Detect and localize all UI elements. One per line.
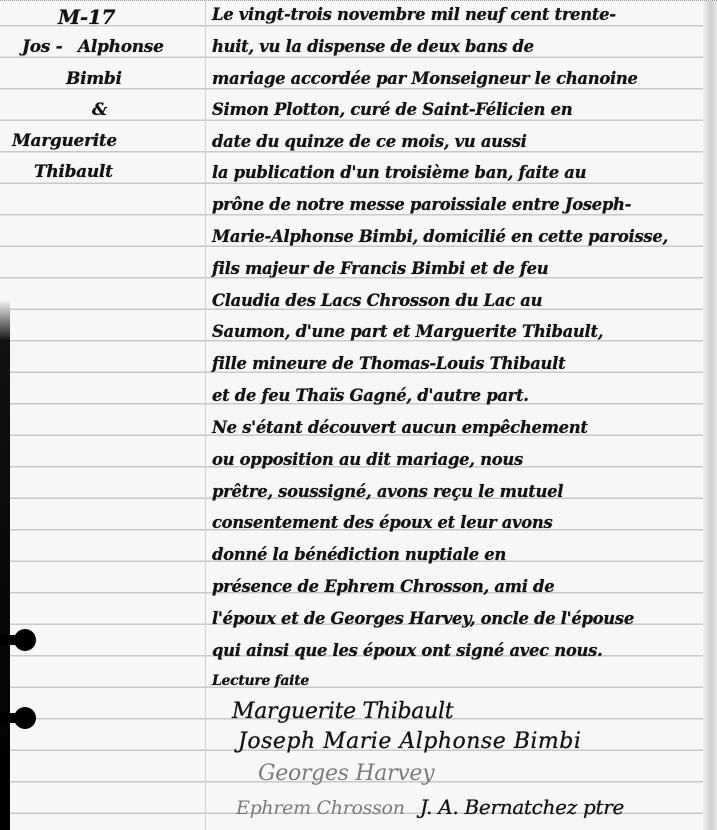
body-line: Le vingt-trois novembre mil neuf cent tr… [212, 5, 616, 24]
margin-prefix: Jos - [22, 37, 62, 57]
body-line: date du quinze de ce mois, vu aussi [212, 132, 527, 151]
body-line: donné la bénédiction nuptiale en [212, 545, 506, 564]
body-line: Saumon, d'une part et Marguerite Thibaul… [212, 322, 603, 341]
binding-strip [0, 301, 10, 830]
binder-ring-icon [0, 707, 36, 729]
record-number: M-17 [58, 5, 115, 29]
body-line: et de feu Thaïs Gagné, d'autre part. [212, 386, 529, 405]
body-line: l'époux et de Georges Harvey, oncle de l… [212, 609, 634, 628]
conjunction: & [92, 100, 107, 120]
binder-ring-icon [0, 629, 36, 651]
body-line: fils majeur de Francis Bimbi et de feu [212, 259, 548, 278]
body-line: Claudia des Lacs Chrosson du Lac au [212, 291, 542, 310]
body-line: fille mineure de Thomas-Louis Thibault [212, 354, 565, 373]
body-line: consentement des époux et leur avons [212, 513, 552, 532]
body-line: mariage accordée par Monseigneur le chan… [212, 69, 638, 88]
body-line: présence de Ephrem Chrosson, ami de [212, 577, 554, 596]
body-line: Lecture faite [212, 673, 309, 689]
signature-groom: Joseph Marie Alphonse Bimbi [238, 729, 581, 754]
body-line: prône de notre messe paroissiale entre J… [212, 195, 631, 214]
body-line: ou opposition au dit mariage, nous [212, 450, 523, 469]
signature-priest: J. A. Bernatchez ptre [420, 795, 624, 819]
bride-first-name: Marguerite [12, 131, 117, 151]
bride-last-name: Thibault [34, 162, 113, 182]
signature-witness-ephrem: Ephrem Chrosson [236, 797, 405, 819]
body-line: qui ainsi que les époux ont signé avec n… [212, 641, 602, 660]
body-line: prêtre, soussigné, avons reçu le mutuel [212, 482, 563, 501]
groom-first-name: Alphonse [78, 37, 164, 57]
body-line: Ne s'étant découvert aucun empêchement [212, 418, 588, 437]
register-page: M-17 Jos - Alphonse Bimbi & Marguerite T… [0, 0, 717, 830]
margin-divider [205, 1, 206, 830]
body-line: huit, vu la dispense de deux bans de [212, 37, 534, 56]
groom-last-name: Bimbi [66, 69, 122, 89]
body-line: Marie-Alphonse Bimbi, domicilié en cette… [212, 227, 668, 246]
body-line: la publication d'un troisième ban, faite… [212, 163, 586, 182]
body-line: Simon Plotton, curé de Saint-Félicien en [212, 100, 572, 119]
page-edge-shadow [703, 1, 717, 830]
signature-witness-georges: Georges Harvey [258, 761, 434, 786]
signature-bride: Marguerite Thibault [232, 699, 453, 724]
